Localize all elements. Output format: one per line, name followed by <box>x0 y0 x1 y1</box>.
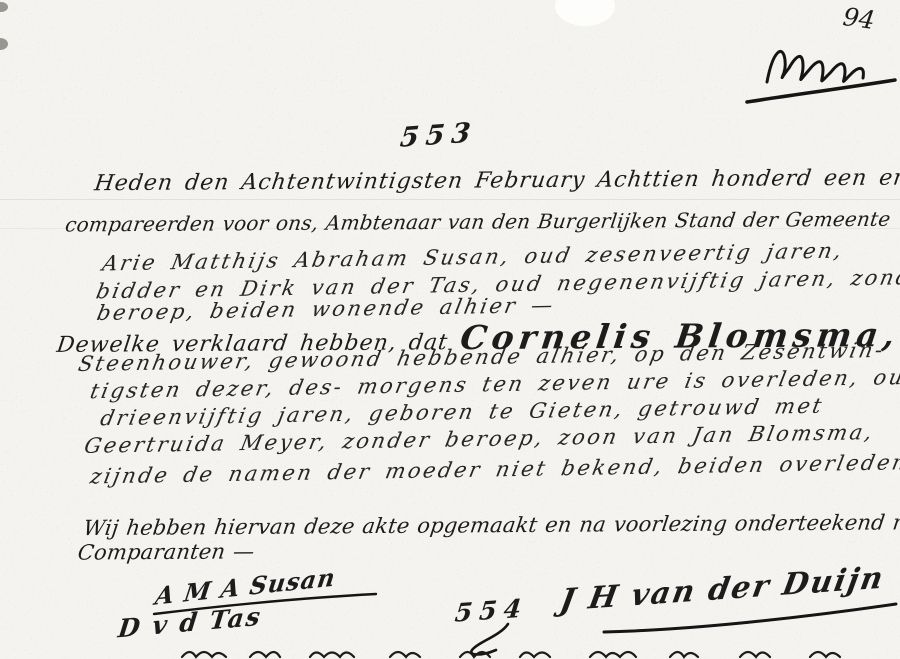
scan-smudge <box>0 2 8 12</box>
cutoff-next-act-handwriting <box>180 646 880 659</box>
page-number: 94 <box>841 2 877 35</box>
act-line-date: Heden den Achtentwintigsten February Ach… <box>93 165 900 196</box>
scan-light-spot <box>555 0 615 26</box>
act-line-officials-hand: compareerden voor ons, Ambtenaar van den… <box>64 207 892 237</box>
signature-official-duijn: J H van der Duijn <box>557 560 887 618</box>
closing-formula-line1: Wij hebben hiervan deze akte opgemaakt e… <box>82 510 900 540</box>
next-act-number: 554 <box>454 593 530 627</box>
signature-witness-tas: D v d Tas <box>116 601 263 643</box>
act-line-officials: compareerden voor ons, Ambtenaar van den… <box>64 204 900 236</box>
paper-crease <box>0 199 900 200</box>
act-number: 553 <box>398 117 478 154</box>
closing-formula-line2: Comparanten — <box>76 539 256 564</box>
next-act-number-flourish <box>448 622 538 659</box>
scan-smudge <box>0 38 8 50</box>
municipality-name-printed: 's Gravenhage, <box>896 204 900 230</box>
scanned-death-record-page: 94 553 Heden den Achtentwintigsten Febru… <box>0 0 900 659</box>
official-paraph-flourish <box>745 30 900 110</box>
